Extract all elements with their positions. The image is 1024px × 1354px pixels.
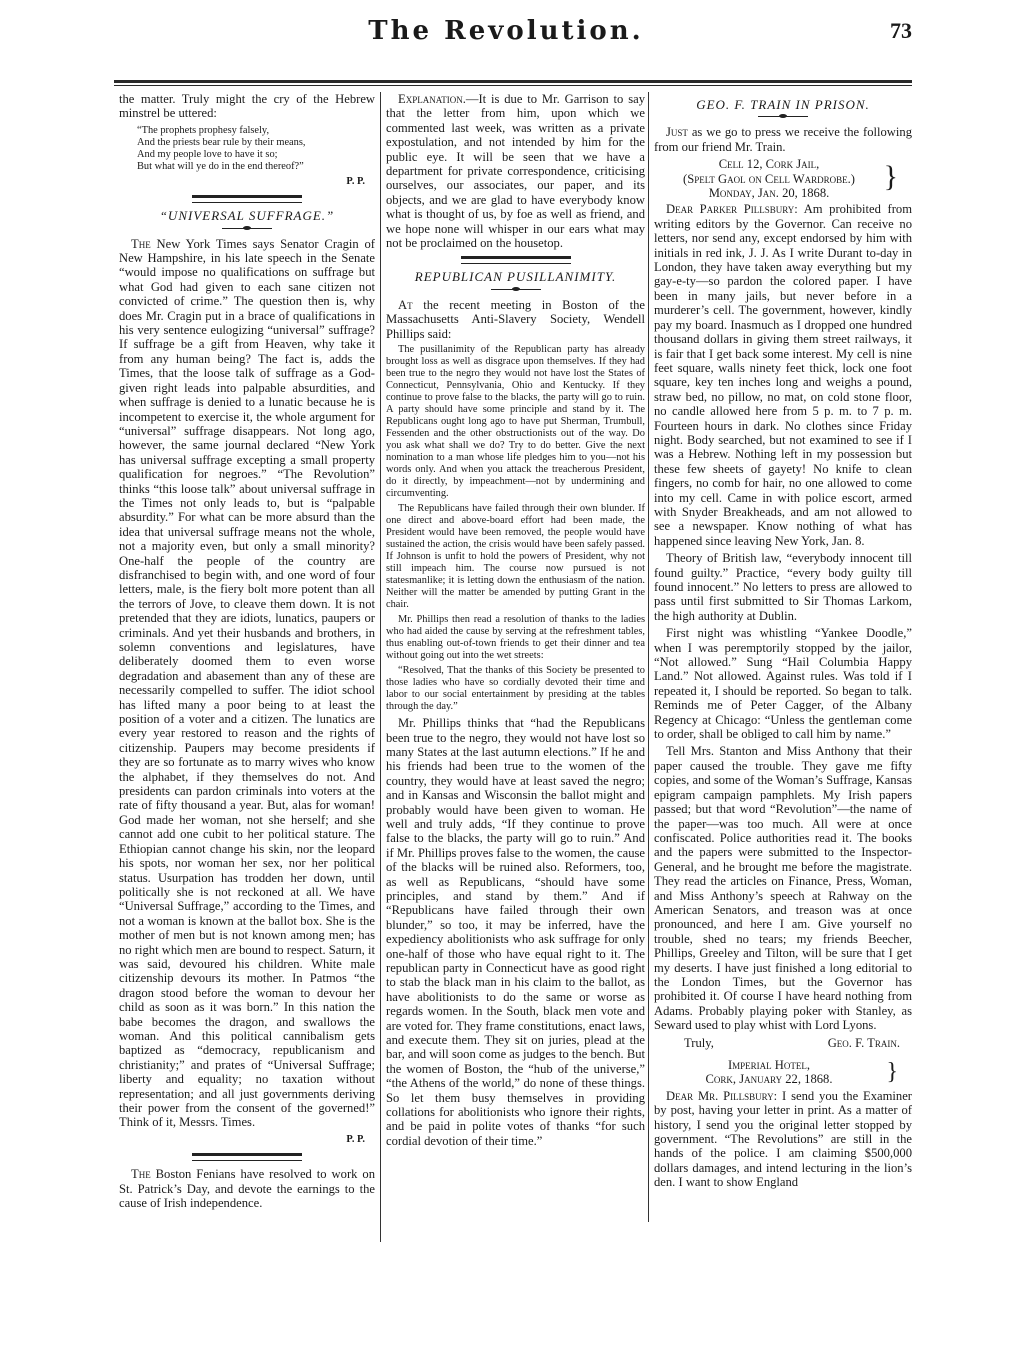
signature: P. P. xyxy=(119,175,365,189)
letter-closing: Truly, Geo. F. Train. xyxy=(684,1036,900,1050)
intro-paragraph: Just as we go to press we receive the fo… xyxy=(654,125,912,154)
quote-paragraph: Mr. Phillips then read a resolution of t… xyxy=(386,614,645,662)
masthead-rule xyxy=(114,80,912,83)
article-heading: GEO. F. TRAIN IN PRISON. xyxy=(654,98,912,112)
quote-paragraph: “Resolved, That the thanks of this Socie… xyxy=(386,665,645,713)
lead-word: Just xyxy=(666,125,688,139)
letter-dateline: Imperial Hotel, Cork, January 22, 1868. … xyxy=(654,1058,884,1087)
brace-icon: } xyxy=(886,1058,898,1086)
section-divider xyxy=(461,256,571,264)
quote-paragraph: The pusillanimity of the Republican part… xyxy=(386,344,645,500)
letter-text: I send you the Examiner by post, having … xyxy=(654,1089,912,1189)
letter-dateline: Cell 12, Cork Jail, (Spelt Gaol on Cell … xyxy=(654,157,884,200)
fenians-paragraph: The Boston Fenians have resolved to work… xyxy=(119,1167,375,1210)
dateline-line: Monday, Jan. 20, 1868. xyxy=(654,186,884,200)
dateline-line: Cork, January 22, 1868. xyxy=(654,1072,884,1086)
intro-paragraph: At the recent meeting in Boston of the M… xyxy=(386,298,645,341)
article-body: The New York Times says Senator Cragin o… xyxy=(119,237,375,1130)
column-2: Explanation.—It is due to Mr. Garrison t… xyxy=(386,92,645,1151)
ornament-divider xyxy=(491,289,541,290)
intro-paragraph: the matter. Truly might the cry of the H… xyxy=(119,92,375,121)
article-text: the recent meeting in Boston of the Mass… xyxy=(386,298,645,341)
letter-paragraph: Tell Mrs. Stanton and Miss Anthony that … xyxy=(654,744,912,1032)
closing-word: Truly, xyxy=(684,1036,714,1050)
article-heading: “UNIVERSAL SUFFRAGE.” xyxy=(119,209,375,223)
article-text: as we go to press we receive the followi… xyxy=(654,125,912,153)
column-divider xyxy=(648,92,649,1222)
article-text: —It is due to Mr. Garrison to say that t… xyxy=(386,92,645,250)
block-quote: The pusillanimity of the Republican part… xyxy=(386,344,645,713)
poem-quote: “The prophets prophesy falsely, And the … xyxy=(137,125,375,173)
page-number: 73 xyxy=(890,18,912,44)
commentary-paragraph: Mr. Phillips thinks that “had the Republ… xyxy=(386,716,645,1148)
article-text: New York Times says Senator Cragin of Ne… xyxy=(119,237,375,1130)
poem-line: And the priests bear rule by their means… xyxy=(137,137,375,149)
letter-paragraph: First night was whistling “Yankee Doodle… xyxy=(654,626,912,741)
masthead-rule-thin xyxy=(114,85,912,86)
column-1: the matter. Truly might the cry of the H… xyxy=(119,92,375,1213)
salutation: Dear Parker Pillsbury: xyxy=(666,202,798,216)
article-text: Boston Fenians have resolved to work on … xyxy=(119,1167,375,1210)
lead-word: The xyxy=(131,1167,151,1181)
explanation-paragraph: Explanation.—It is due to Mr. Garrison t… xyxy=(386,92,645,250)
dateline-line: (Spelt Gaol on Cell Wardrobe.) xyxy=(654,172,884,186)
brace-icon: } xyxy=(884,157,898,197)
newspaper-title: The Revolution. xyxy=(100,16,912,46)
dateline-line: Cell 12, Cork Jail, xyxy=(654,157,884,171)
lead-word: The xyxy=(131,237,151,251)
lead-word: At xyxy=(398,298,413,312)
poem-line: And my people love to have it so; xyxy=(137,149,375,161)
ornament-divider xyxy=(758,116,808,117)
article-heading: REPUBLICAN PUSILLANIMITY. xyxy=(386,270,645,284)
dateline-line: Imperial Hotel, xyxy=(654,1058,884,1072)
poem-line: But what will ye do in the end thereof?” xyxy=(137,161,375,173)
closing-signature: Geo. F. Train. xyxy=(828,1036,900,1050)
letter-paragraph: Dear Mr. Pillsbury: I send you the Exami… xyxy=(654,1089,912,1190)
letter-paragraph: Dear Parker Pillsbury: Am prohibited fro… xyxy=(654,202,912,548)
section-divider xyxy=(192,1153,302,1161)
column-3: GEO. F. TRAIN IN PRISON. Just as we go t… xyxy=(654,92,912,1193)
poem-line: “The prophets prophesy falsely, xyxy=(137,125,375,137)
quote-paragraph: The Republicans have failed through thei… xyxy=(386,503,645,611)
section-divider xyxy=(192,195,302,203)
ornament-divider xyxy=(222,228,272,229)
salutation: Dear Mr. Pillsbury: xyxy=(666,1089,777,1103)
signature: P. P. xyxy=(119,1133,365,1147)
lead-word: Explanation. xyxy=(398,92,466,106)
masthead: The Revolution. 73 xyxy=(100,0,912,88)
column-divider xyxy=(380,92,381,1242)
letter-paragraph: Theory of British law, “everybody innoce… xyxy=(654,551,912,623)
letter-text: Am prohibited from writing editors by th… xyxy=(654,202,912,547)
